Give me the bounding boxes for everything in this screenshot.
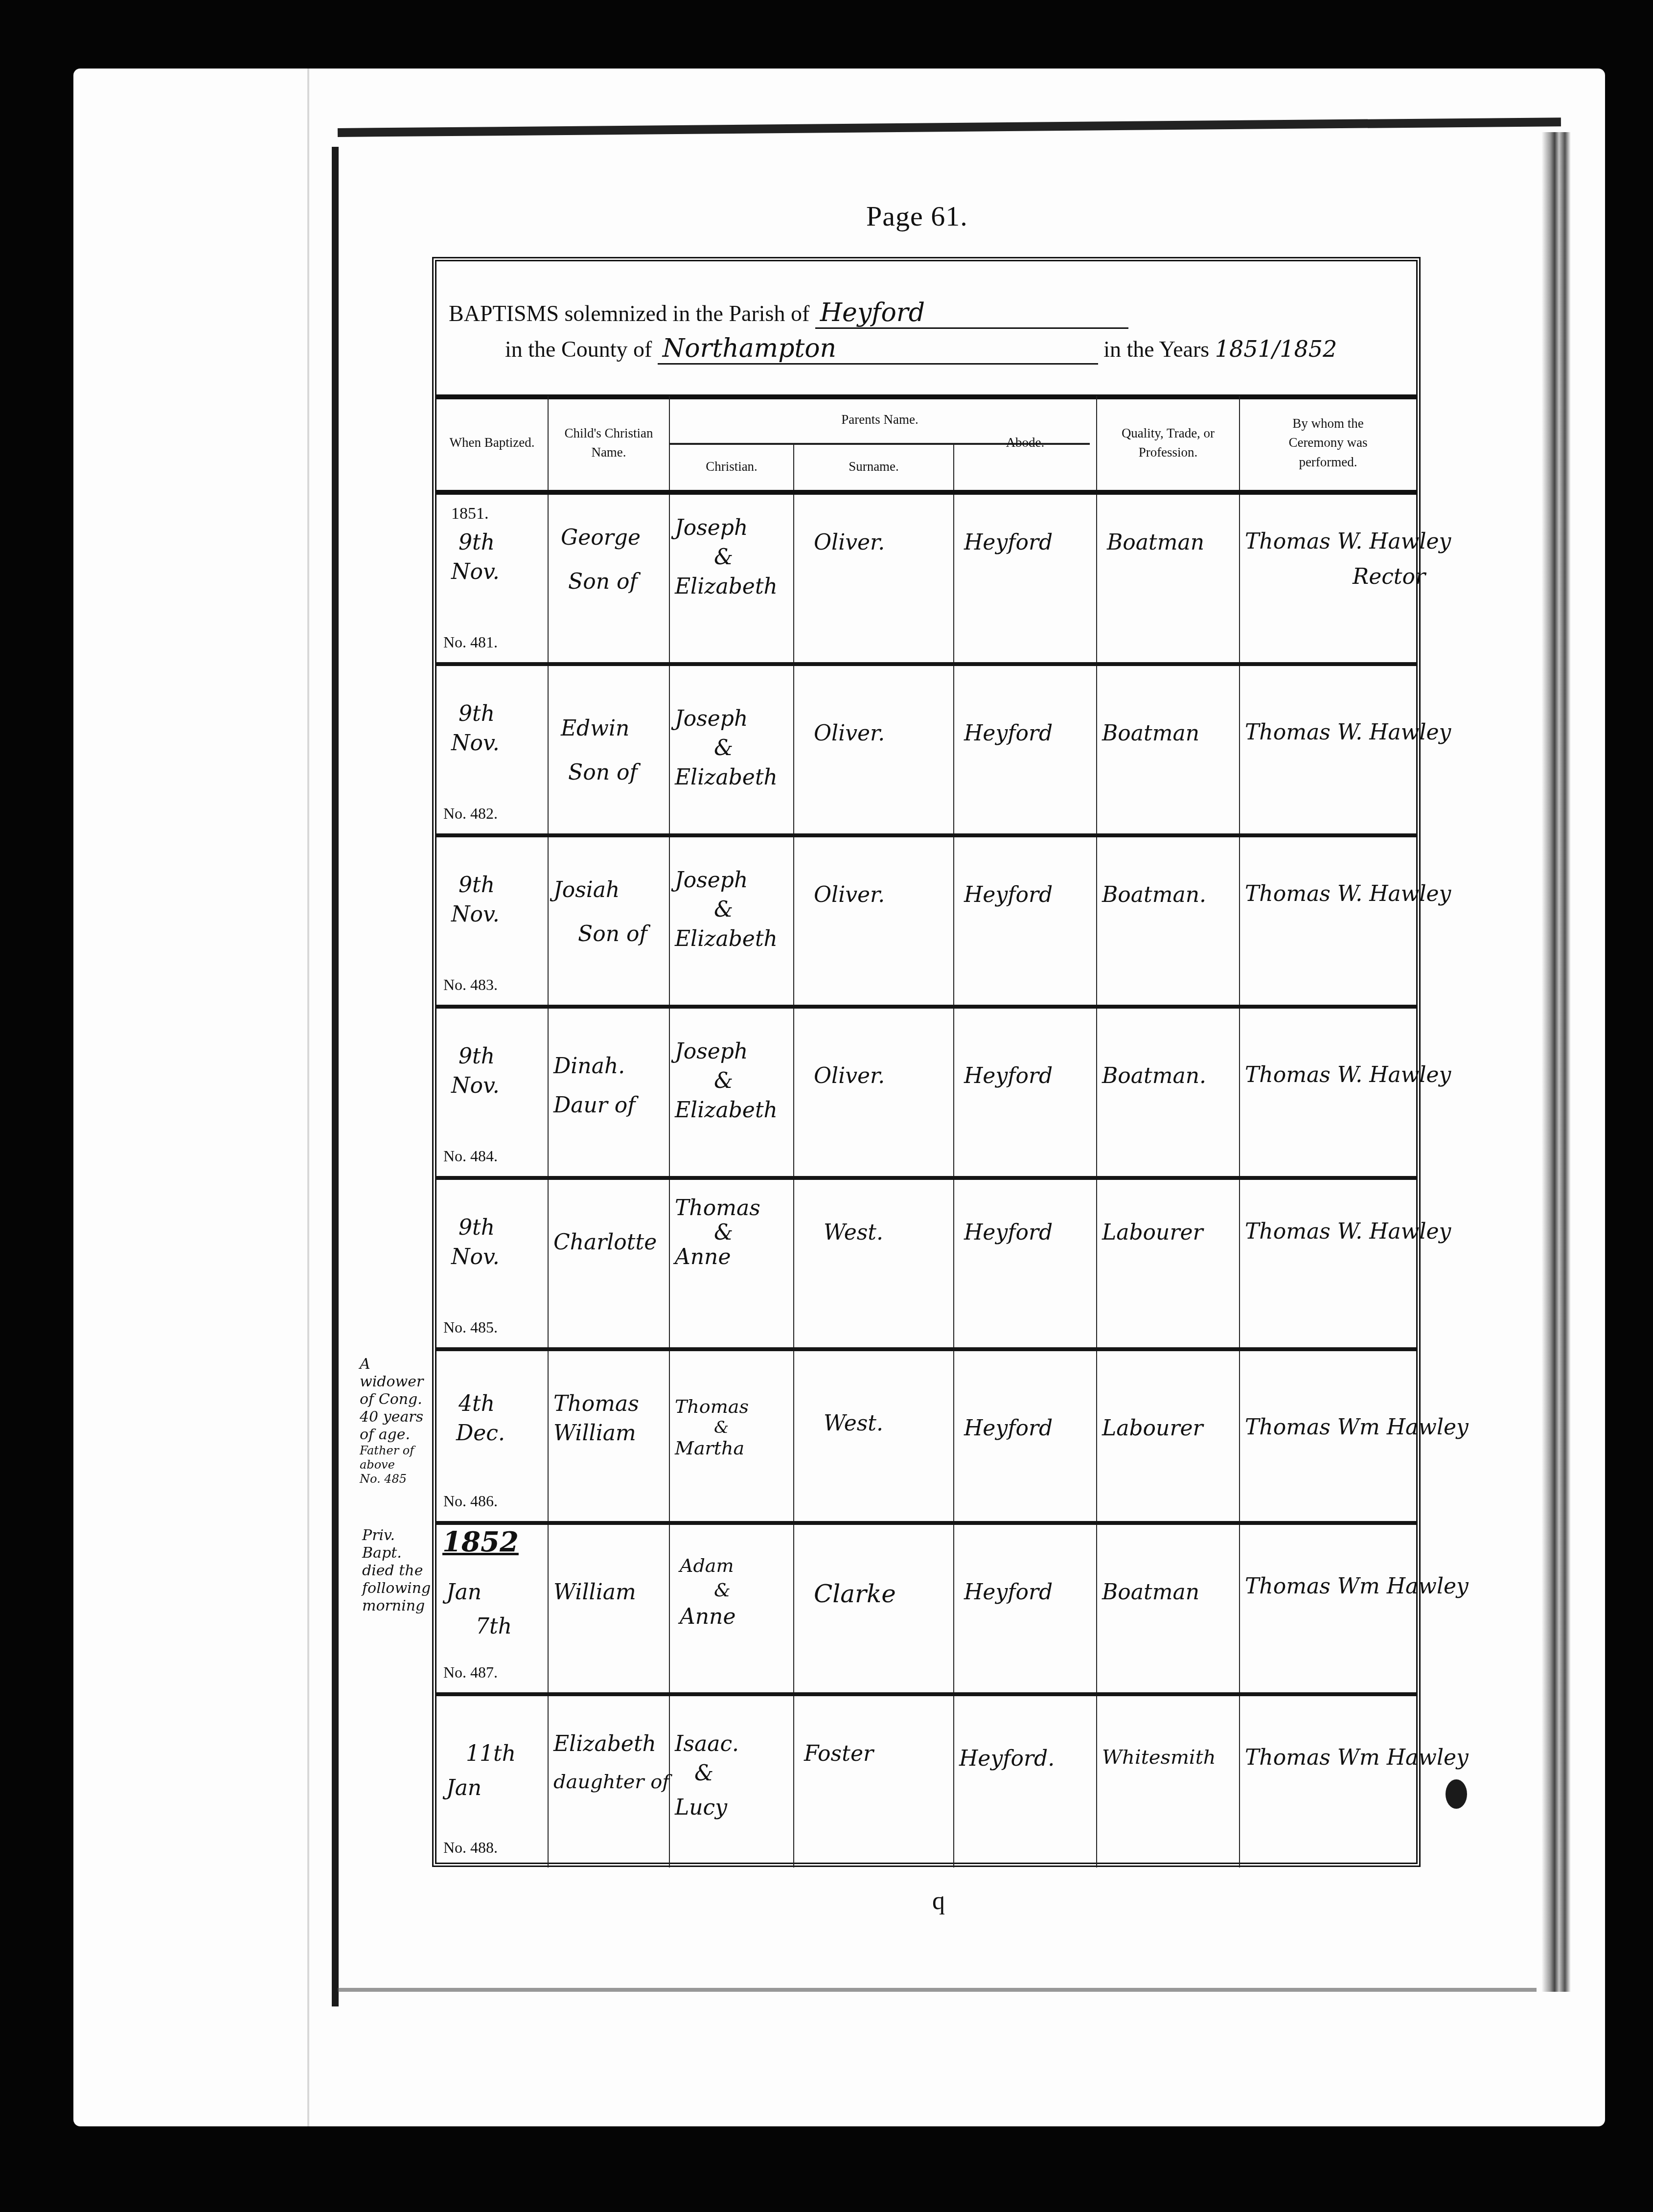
cell-abode: Heyford <box>954 1009 1097 1176</box>
quality: Boatman <box>1102 720 1199 747</box>
margin-line: died the <box>362 1562 436 1580</box>
child-name: Edwin <box>561 715 629 742</box>
parish-value: Heyford <box>820 298 925 327</box>
years-value: 1851/1852 <box>1215 336 1337 362</box>
child-name: Dinah. <box>553 1053 625 1080</box>
parent-2: Elizabeth <box>675 764 778 791</box>
cell-date: 11th Jan No. 488. <box>436 1696 549 1867</box>
abode: Heyford <box>964 720 1053 747</box>
date-month: Nov. <box>451 1072 500 1099</box>
heading-text-county: in the County of <box>505 337 652 362</box>
table-row: 4th Dec. No. 486. Thomas William Thomas … <box>436 1351 1416 1525</box>
abode: Heyford <box>964 1579 1053 1606</box>
parent-ampersand: & <box>714 1219 733 1246</box>
quality: Boatman. <box>1102 1062 1206 1089</box>
parent-2: Elizabeth <box>675 925 778 952</box>
child-name: Josiah <box>553 876 620 903</box>
cell-date: 9th Nov. No. 482. <box>436 666 549 833</box>
date-day: 9th <box>459 1043 495 1070</box>
parent-1: Joseph <box>675 1038 748 1065</box>
margin-note-486: A widower of Cong. 40 years of age. Fath… <box>360 1356 433 1486</box>
quality: Labourer <box>1102 1415 1203 1442</box>
page-number: Page 61. <box>866 200 968 232</box>
surname: Oliver. <box>814 529 885 556</box>
cell-child-name: Dinah. Daur of <box>549 1009 670 1176</box>
cell-child-name: Elizabeth daughter of <box>549 1696 670 1867</box>
cell-abode: Heyford <box>954 837 1097 1005</box>
parent-2: Anne <box>675 1244 731 1270</box>
quality: Labourer <box>1102 1219 1203 1246</box>
header-abode: Abode. <box>954 396 1097 490</box>
table-row: 1852 Jan 7th No. 487. William Adam & Ann… <box>436 1525 1416 1696</box>
parent-1: Isaac. <box>675 1730 739 1757</box>
margin-line: morning <box>362 1597 436 1615</box>
page-right-edge <box>1541 132 1571 1992</box>
abode: Heyford <box>964 1219 1053 1246</box>
cell-officiant: Thomas Wm Hawley <box>1240 1351 1416 1521</box>
table-row: 9th Nov. No. 483. Josiah Son of Joseph &… <box>436 837 1416 1009</box>
cell-parents-christian: Joseph & Elizabeth <box>670 837 794 1005</box>
date-month: Dec. <box>456 1420 505 1447</box>
quality: Boatman <box>1107 529 1204 556</box>
parent-1: Joseph <box>675 867 748 894</box>
date-month: Jan <box>446 1579 482 1606</box>
parent-1: Joseph <box>675 705 748 732</box>
folio-mark: q <box>932 1887 945 1915</box>
register-heading: BAPTISMS solemnized in the Parish of Hey… <box>436 261 1416 399</box>
header-parents-surname: Surname. <box>794 443 954 490</box>
register-table: BAPTISMS solemnized in the Parish of Hey… <box>432 257 1421 1867</box>
cell-date: 1851. 9th Nov. No. 481. <box>436 495 549 662</box>
child-name: Thomas <box>553 1390 639 1417</box>
heading-text-parish: BAPTISMS solemnized in the Parish of <box>449 301 809 326</box>
date-day: 7th <box>476 1613 512 1640</box>
table-row: 1851. 9th Nov. No. 481. George Son of Jo… <box>436 495 1416 666</box>
parent-2: Elizabeth <box>675 1097 778 1124</box>
cell-surname: Oliver. <box>794 837 954 1005</box>
abode: Heyford <box>964 1062 1053 1089</box>
officiant: Thomas Wm Hawley <box>1245 1745 1469 1770</box>
cell-child-name: Charlotte <box>549 1180 670 1347</box>
year-note: 1852 <box>442 1525 519 1559</box>
cell-child-name: William <box>549 1525 670 1692</box>
margin-line: A widower <box>360 1356 433 1391</box>
cell-abode: Heyford <box>954 1525 1097 1692</box>
margin-line: No. 485 <box>360 1472 433 1486</box>
cell-child-name: George Son of <box>549 495 670 662</box>
parish-field: Heyford <box>815 298 1128 329</box>
child-name: Elizabeth <box>553 1730 656 1757</box>
quality: Boatman. <box>1102 881 1206 908</box>
parent-ampersand: & <box>714 1579 731 1602</box>
officiant: Thomas W. Hawley <box>1245 881 1451 906</box>
cell-child-name: Thomas William <box>549 1351 670 1521</box>
ink-blot <box>1446 1779 1467 1809</box>
child-second-name: William <box>553 1420 636 1447</box>
cell-date: 4th Dec. No. 486. <box>436 1351 549 1521</box>
surname: Oliver. <box>814 720 885 747</box>
entry-number: No. 485. <box>443 1318 498 1336</box>
cell-abode: Heyford <box>954 1180 1097 1347</box>
child-relation: daughter of <box>553 1770 669 1794</box>
cell-quality: Boatman <box>1097 495 1240 662</box>
cell-parents-christian: Isaac. & Lucy <box>670 1696 794 1867</box>
cell-quality: Boatman. <box>1097 1009 1240 1176</box>
page-bottom-edge <box>338 1988 1537 1992</box>
cell-quality: Labourer <box>1097 1351 1240 1521</box>
date-month: Nov. <box>451 558 500 585</box>
cell-officiant: Thomas W. Hawley <box>1240 1180 1416 1347</box>
officiant: Thomas W. Hawley <box>1245 1219 1451 1244</box>
entry-number: No. 487. <box>443 1663 498 1682</box>
surname: Oliver. <box>814 1062 885 1089</box>
table-row: 9th Nov. No. 485. Charlotte Thomas & Ann… <box>436 1180 1416 1351</box>
child-relation: Son of <box>568 759 638 786</box>
parent-ampersand: & <box>714 735 733 761</box>
abode: Heyford <box>964 1415 1053 1442</box>
parent-ampersand: & <box>714 544 733 571</box>
date-day: 9th <box>459 1214 495 1241</box>
child-relation: Son of <box>578 921 647 947</box>
cell-parents-christian: Thomas & Anne <box>670 1180 794 1347</box>
date-month: Jan <box>446 1774 482 1801</box>
abode: Heyford <box>964 881 1053 908</box>
cell-abode: Heyford <box>954 1351 1097 1521</box>
parent-2: Martha <box>675 1437 744 1460</box>
cell-abode: Heyford <box>954 495 1097 662</box>
surname: Clarke <box>814 1579 896 1610</box>
surname: West. <box>824 1219 883 1246</box>
cell-parents-christian: Joseph & Elizabeth <box>670 495 794 662</box>
book-spine <box>332 147 339 2006</box>
cell-abode: Heyford <box>954 666 1097 833</box>
officiant-title: Rector <box>1353 563 1425 590</box>
date-day: 9th <box>459 872 495 899</box>
cell-date: 9th Nov. No. 485. <box>436 1180 549 1347</box>
table-row: 11th Jan No. 488. Elizabeth daughter of … <box>436 1696 1416 1867</box>
cell-date: 9th Nov. No. 484. <box>436 1009 549 1176</box>
cell-quality: Boatman <box>1097 666 1240 833</box>
heading-text-years: in the Years <box>1103 337 1209 362</box>
cell-officiant: Thomas W. Hawley <box>1240 666 1416 833</box>
entry-number: No. 483. <box>443 976 498 994</box>
date-month: Nov. <box>451 730 500 757</box>
header-when-baptized: When Baptized. <box>436 396 549 490</box>
cell-quality: Boatman. <box>1097 837 1240 1005</box>
child-name: William <box>553 1579 636 1606</box>
cell-parents-christian: Adam & Anne <box>670 1525 794 1692</box>
cell-quality: Labourer <box>1097 1180 1240 1347</box>
county-field: Northampton <box>658 334 1098 365</box>
year-note: 1851. <box>451 505 489 523</box>
surname: Oliver. <box>814 881 885 908</box>
abode: Heyford <box>964 529 1053 556</box>
surname: Foster <box>804 1740 873 1767</box>
margin-line: following <box>362 1580 436 1597</box>
margin-line: Father of <box>360 1444 433 1458</box>
cell-parents-christian: Joseph & Elizabeth <box>670 666 794 833</box>
entry-rows: 1851. 9th Nov. No. 481. George Son of Jo… <box>436 495 1416 1863</box>
cell-parents-christian: Thomas & Martha <box>670 1351 794 1521</box>
cell-surname: Oliver. <box>794 666 954 833</box>
table-row: 9th Nov. No. 484. Dinah. Daur of Joseph … <box>436 1009 1416 1180</box>
county-value: Northampton <box>663 334 836 363</box>
parent-ampersand: & <box>714 896 733 923</box>
margin-line: Priv. <box>362 1527 436 1544</box>
entry-number: No. 488. <box>443 1839 498 1857</box>
header-officiant: By whom the Ceremony was performed. <box>1240 396 1416 490</box>
officiant: Thomas Wm Hawley <box>1245 1574 1469 1599</box>
cell-parents-christian: Joseph & Elizabeth <box>670 1009 794 1176</box>
officiant: Thomas W. Hawley <box>1245 529 1451 554</box>
cell-date: 9th Nov. No. 483. <box>436 837 549 1005</box>
margin-line: of Cong. <box>360 1391 433 1408</box>
quality: Boatman <box>1102 1579 1199 1606</box>
date-month: Nov. <box>451 901 500 928</box>
date-day: 9th <box>459 529 495 556</box>
entry-number: No. 486. <box>443 1492 498 1510</box>
margin-line: above <box>360 1458 433 1472</box>
heading-line-2: in the County of Northampton in the Year… <box>505 334 1337 365</box>
margin-note-487: Priv. Bapt. died the following morning <box>362 1527 436 1615</box>
cell-surname: Oliver. <box>794 1009 954 1176</box>
entry-number: No. 482. <box>443 805 498 823</box>
child-relation: Son of <box>568 568 638 595</box>
child-name: George <box>561 524 641 551</box>
cell-surname: Oliver. <box>794 495 954 662</box>
header-parents-christian: Christian. <box>670 443 794 490</box>
parent-1: Joseph <box>675 514 748 541</box>
child-name: Charlotte <box>553 1229 657 1256</box>
cell-quality: Whitesmith <box>1097 1696 1240 1867</box>
cell-surname: West. <box>794 1351 954 1521</box>
cell-surname: Foster <box>794 1696 954 1867</box>
quality: Whitesmith <box>1102 1745 1216 1770</box>
cell-officiant: Thomas W. Hawley Rector <box>1240 495 1416 662</box>
parent-ampersand: & <box>714 1417 729 1438</box>
parent-ampersand: & <box>694 1760 713 1787</box>
officiant: Thomas W. Hawley <box>1245 720 1451 745</box>
date-day: 11th <box>466 1740 516 1767</box>
parent-1: Thomas <box>675 1395 749 1419</box>
cell-officiant: Thomas Wm Hawley <box>1240 1525 1416 1692</box>
parent-2: Anne <box>680 1603 736 1630</box>
cell-officiant: Thomas W. Hawley <box>1240 837 1416 1005</box>
cell-officiant: Thomas Wm Hawley <box>1240 1696 1416 1867</box>
entry-number: No. 481. <box>443 633 498 651</box>
margin-line: Bapt. <box>362 1544 436 1562</box>
cell-child-name: Edwin Son of <box>549 666 670 833</box>
column-headers: When Baptized. Child's Christian Name. P… <box>436 396 1416 495</box>
date-day: 9th <box>459 700 495 727</box>
cell-child-name: Josiah Son of <box>549 837 670 1005</box>
cell-quality: Boatman <box>1097 1525 1240 1692</box>
parent-2: Lucy <box>675 1794 727 1821</box>
cell-abode: Heyford. <box>954 1696 1097 1867</box>
heading-line-1: BAPTISMS solemnized in the Parish of Hey… <box>449 298 1128 329</box>
cell-date: 1852 Jan 7th No. 487. <box>436 1525 549 1692</box>
leaf-edge <box>307 69 309 2126</box>
cell-surname: West. <box>794 1180 954 1347</box>
header-quality: Quality, Trade, or Profession. <box>1097 396 1240 490</box>
margin-line: of age. <box>360 1426 433 1444</box>
surname: West. <box>824 1410 883 1437</box>
officiant: Thomas Wm Hawley <box>1245 1415 1469 1440</box>
parent-1: Thomas <box>675 1195 760 1221</box>
table-row: 9th Nov. No. 482. Edwin Son of Joseph & … <box>436 666 1416 837</box>
entry-number: No. 484. <box>443 1147 498 1165</box>
parent-ampersand: & <box>714 1067 733 1094</box>
parent-1: Adam <box>680 1554 734 1578</box>
header-child-name: Child's Christian Name. <box>549 396 670 490</box>
date-month: Nov. <box>451 1244 500 1270</box>
abode: Heyford. <box>959 1745 1055 1772</box>
parent-2: Elizabeth <box>675 573 778 600</box>
cell-officiant: Thomas W. Hawley <box>1240 1009 1416 1176</box>
cell-surname: Clarke <box>794 1525 954 1692</box>
margin-line: 40 years <box>360 1408 433 1426</box>
date-day: 4th <box>459 1390 495 1417</box>
child-relation: Daur of <box>553 1092 636 1119</box>
officiant: Thomas W. Hawley <box>1245 1062 1451 1087</box>
